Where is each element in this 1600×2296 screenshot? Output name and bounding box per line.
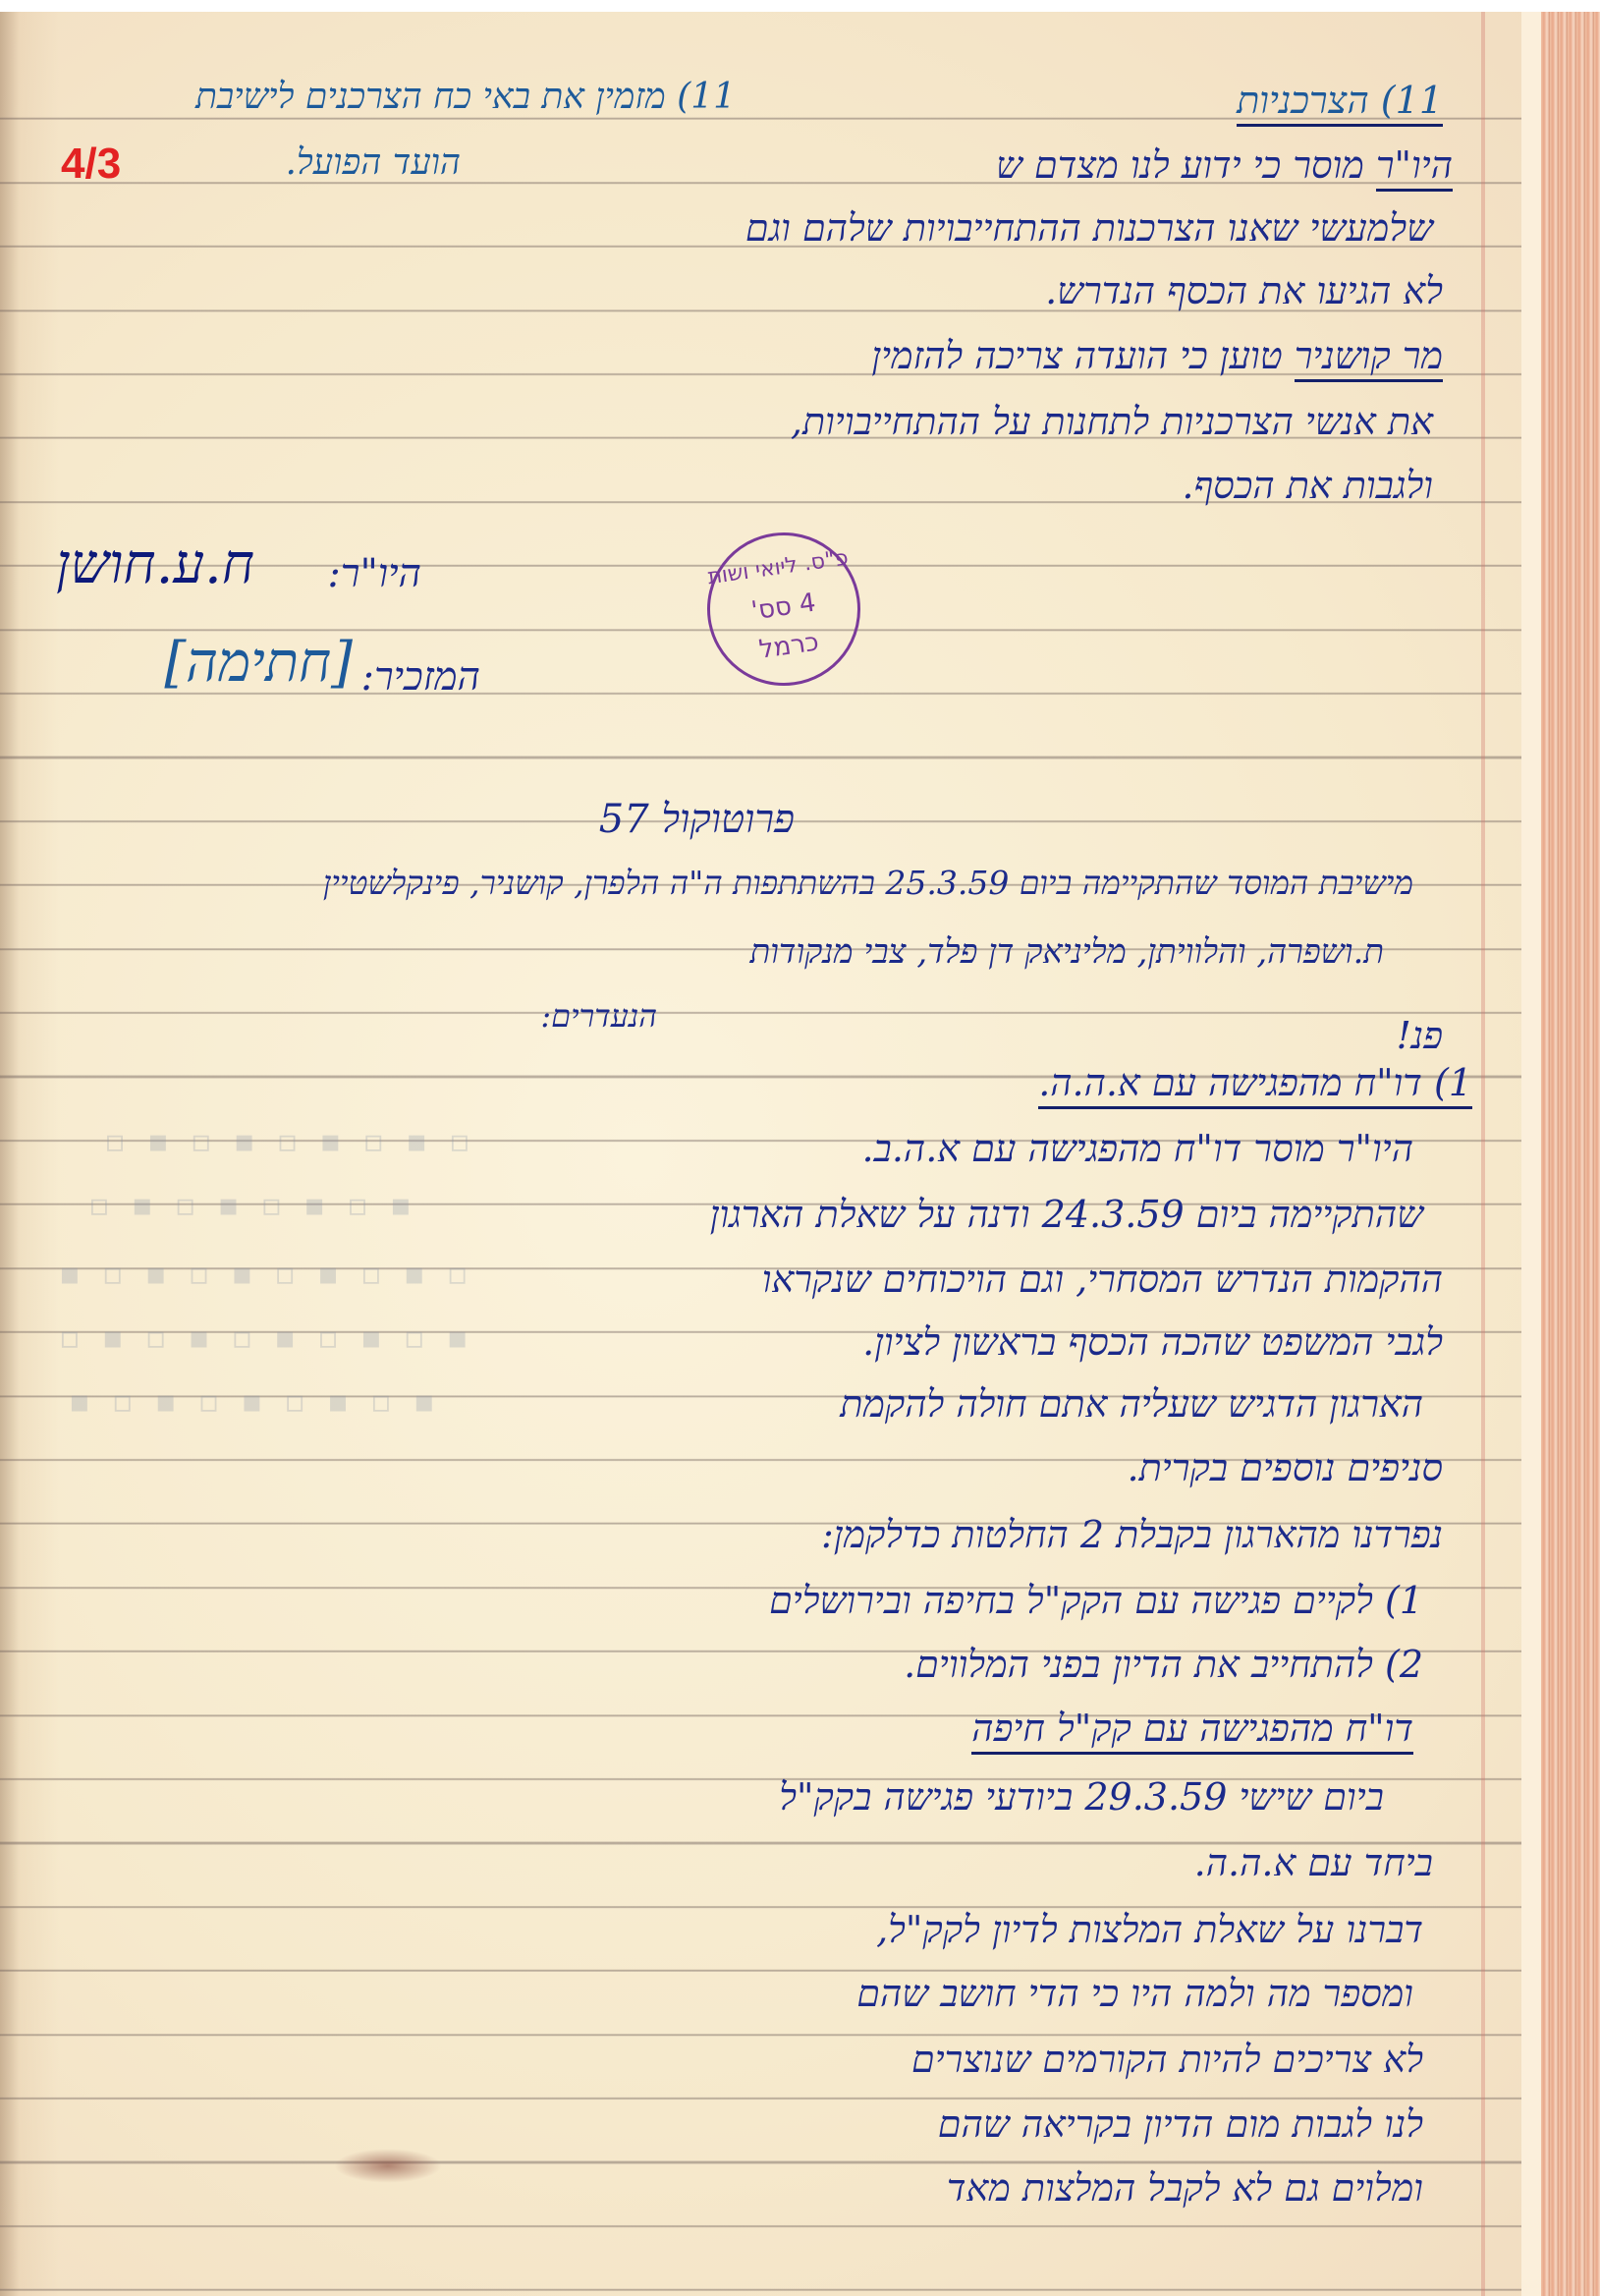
item2-line: ביום שישי 29.3.59 ביודעי פגישה בקק"ל [779, 1765, 1384, 1828]
ink-stain [334, 2149, 442, 2183]
page-label: 4/3 [61, 140, 121, 189]
item2-heading: דו"ח מהפגישה עם קק"ל חיפה [971, 1697, 1413, 1760]
item2-line: ומלוים גם לא לקבל המלצות מאד [947, 2156, 1423, 2219]
item2-line: לא צריכים להיות הקורמים שנוצרים [911, 2028, 1423, 2091]
para1-line1-text: מוסר כי ידוע לנו מצדם ש [996, 143, 1364, 187]
item2-line: ביחד עם א.ה.ה. [1194, 1831, 1433, 1894]
bleed-through-text: ▫ ▪ ▫ ▪ ▫ ▪ ▫ ▪ [88, 1186, 417, 1223]
item2-line: לנו לגבות מום הדיון בקריאה שהם [938, 2093, 1423, 2156]
item2-line: ומספר מה ולמה היו כי הדי חושב שהם [856, 1962, 1413, 2025]
bleed-through-text: ⁠ ⁠▫ ▪ ▫ ▪ ▫ ▪ ▫ ▪ ▫ [88, 1122, 476, 1159]
secretary-signature: [חתימה] [164, 631, 353, 695]
item1-line: ההקמות הנדרש המסחרי, וגם הויכוחים שנקראו [762, 1248, 1443, 1311]
left-item-11-line2: הועד הפועל. [285, 132, 461, 195]
secretary-signature-label: המזכיר: [361, 645, 480, 708]
decision-1: 1) לקיים פגישה עם הקק"ל בחיפה ובירושלים [769, 1569, 1423, 1632]
item1-heading: 1) דו"ח מהפגישה עם א.ה.ה. [1038, 1051, 1472, 1114]
decision-2: 2) להתחייב את הדיון בפני המלווים. [904, 1633, 1423, 1696]
chair-signature: ח.ע.חושן [56, 532, 254, 596]
para1-line2: שלמעשי שאנו הצרכנות ההתחייבויות שלהם וגם [745, 196, 1433, 259]
item2-line: דברנו על שאלת המלצות לדיון לקק"ל, [876, 1898, 1423, 1961]
notebook-page: ⁠ ⁠▫ ▪ ▫ ▪ ▫ ▪ ▫ ▪ ▫ ▫ ▪ ▫ ▪ ▫ ▪ ▫ ▪ ▪ ▫… [0, 12, 1600, 2296]
para2-line3: ולגבות את הכסף. [1182, 454, 1433, 517]
margin-line [1481, 12, 1485, 2296]
chair-signature-label: היו"ר: [327, 542, 421, 605]
bleed-through-text: ▪ ▫ ▪ ▫ ▪ ▫ ▪ ▫ ▪ ▫ [59, 1255, 473, 1292]
para2-line1: מר קושניר טוען כי הועדה צריכה להזמין [871, 324, 1443, 387]
item-11-heading-text: 11) הצרכניות [1237, 79, 1443, 127]
item1-line: נפרדנו מהארגון בקבלת 2 החלטות כדלקמן: [821, 1503, 1443, 1566]
absent-label: הנעדרים: [540, 984, 657, 1047]
para2-line1-text: טוען כי הועדה צריכה להזמין [871, 334, 1282, 377]
item2-heading-text: דו"ח מהפגישה עם קק"ל חיפה [971, 1707, 1413, 1755]
bleed-through-text: ▫ ▪ ▫ ▪ ▫ ▪ ▫ ▪ ▫ ▪ [59, 1318, 473, 1356]
item1-heading-text: 1) דו"ח מהפגישה עם א.ה.ה. [1038, 1061, 1472, 1109]
attendees-line1: מישיבת המוסד שהתקיימה ביום 25.3.59 בהשתת… [323, 852, 1413, 915]
bleed-through-text: ▪ ▫ ▪ ▫ ▪ ▫ ▪ ▫ ▪ [69, 1382, 441, 1420]
item1-line: שהתקיימה ביום 24.3.59 ודנה על שאלת הארגו… [710, 1183, 1423, 1246]
page-edge [1541, 12, 1600, 2296]
para1-line1: היו"ר מוסר כי ידוע לנו מצדם ש [996, 134, 1453, 196]
attendees-line2: ת.ושפרה, והלוויתן, מליניאק דן פלד, צבי מ… [750, 921, 1385, 983]
protocol-title: פרוטוקול 57 [599, 788, 795, 851]
item1-line: סניפים נוספים בקרית. [1128, 1436, 1444, 1499]
speaker2-label: מר קושניר [1295, 334, 1443, 382]
para1-line3: לא הגיעו את הכסף הנדרש. [1045, 259, 1443, 322]
item1-line: היו"ר מוסר דו"ח מהפגישה עם א.ה.ב. [861, 1117, 1413, 1180]
item-11-heading: 11) הצרכניות [1237, 69, 1443, 132]
para2-line2: את אנשי הצרכניות לתחנות על ההתחייבויות, [791, 390, 1433, 453]
page-gutter [1521, 12, 1541, 2296]
left-item-11-line1: 11) מזמין את באי כח הצרכנים לישיבת [195, 66, 736, 129]
item1-line: הארגון הדגיש שעליה אתם חולה להקמת [840, 1372, 1423, 1435]
chair-label: היו"ר [1376, 143, 1453, 192]
item1-line: לגבי המשפט שהכה הכסף בראשון לציון. [862, 1311, 1443, 1373]
